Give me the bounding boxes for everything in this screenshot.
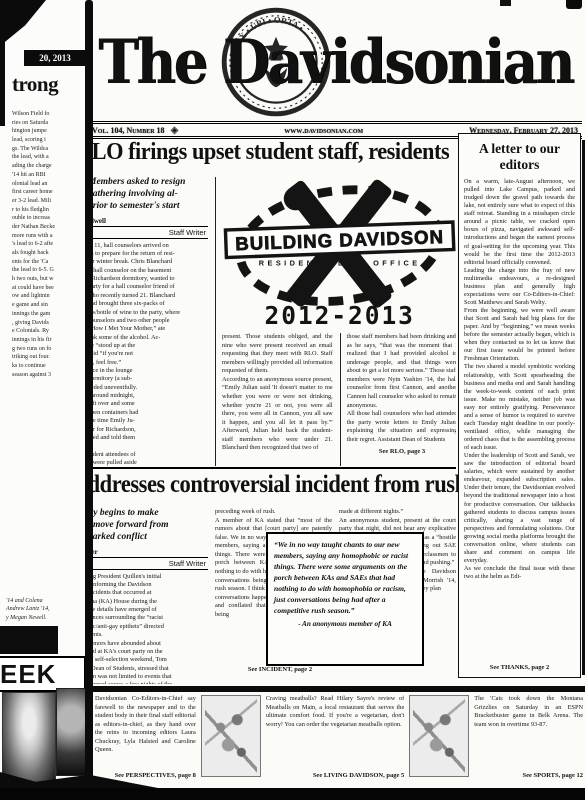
newspaper-front-page: • LUX • UBI • ORTA • The Davidsonian Vol… (0, 0, 585, 800)
brief-perspectives-jump: See PERSPECTIVES, page 8 (95, 772, 196, 779)
editors-photo (2, 692, 56, 786)
logo-years-text: 2012-2013 (264, 301, 414, 330)
pull-quote-text: “We in no way taught chants to our new m… (274, 539, 416, 616)
story1-byline: ldwell Staff Writer (88, 217, 208, 239)
strip-week-box: EEK (0, 656, 86, 692)
story2-headline: KA addresses controversial incident from… (88, 471, 416, 499)
building-davidson-logo: BUILDING DAVIDSON RESIDENCE LIFE OFFICE … (222, 177, 456, 330)
newspaper-title: The Davidsonian (88, 26, 583, 98)
strip-black-box (0, 626, 58, 654)
logo-subtitle-text: RESIDENCE LIFE OFFICE (259, 258, 421, 267)
story2-byline: ger Staff Writer (88, 548, 208, 570)
letter-jump-line: See THANKS, page 2 (464, 660, 575, 673)
story2-jump-line: See INCIDENT, page 2 (190, 666, 370, 673)
section-divider-band (88, 686, 585, 692)
strip-date-fragment: 20, 2013 (24, 50, 86, 66)
story1-col3-text: those staff members had been drinking an… (347, 333, 456, 444)
brief-perspectives-text: Davidsonian Co-Editors-in-Chief say fare… (95, 695, 196, 755)
pull-quote-attribution: - An anonymous member of KA (274, 620, 416, 628)
pull-quote-box: “We in no way taught chants to our new m… (266, 532, 424, 666)
story1-byline-name: ldwell (88, 217, 208, 227)
meatballs-photo (201, 695, 261, 777)
story2-headline-wrap: KA addresses controversial incident from… (88, 471, 458, 508)
brief-perspectives: Davidsonian Co-Editors-in-Chief say fare… (95, 695, 196, 779)
scan-edge-bar (0, 0, 5, 126)
scan-fold-line (85, 0, 93, 800)
brief-living-davidson: Craving meatballs? Read Hilary Sayre's r… (266, 695, 404, 779)
strip-headline-fragment: trong (12, 72, 58, 97)
bottom-scan-bar (0, 788, 585, 800)
brief-living-davidson-text: Craving meatballs? Read Hilary Sayre's r… (266, 695, 404, 729)
story1-right-block: BUILDING DAVIDSON RESIDENCE LIFE OFFICE … (215, 177, 456, 466)
story1-byline-title: Staff Writer (88, 227, 208, 239)
story1-headline-wrap: RLO firings upset student staff, residen… (88, 139, 458, 174)
story-divider-rule (88, 467, 456, 469)
website-url: www.davidsonian.com (284, 126, 363, 135)
story2-byline-title: Staff Writer (88, 558, 208, 570)
story1-headline: RLO firings upset student staff, residen… (88, 139, 431, 166)
letter-title: A letter to our editors (477, 141, 563, 172)
story2-byline-name: ger (88, 548, 208, 558)
scan-ink-blob (0, 0, 46, 46)
brief-living-davidson-jump: See LIVING DAVIDSON, page 5 (266, 772, 404, 779)
top-artifact (500, 0, 511, 6)
story2-deck: ity begins to make l move forward from p… (88, 508, 208, 544)
letter-to-editors-box: A letter to our editors On a warm, late-… (458, 133, 581, 678)
brief-sports-text: The 'Cats took down the Montana Grizzlie… (474, 695, 583, 729)
diamond-ornament: ◈ (171, 125, 179, 136)
corner-artifact (566, 0, 582, 9)
strip-column-fragment: Wilson Field fo ries on Saturda hington … (12, 110, 85, 379)
letter-body-text: On a warm, late-August afternoon, we pul… (464, 178, 575, 660)
story2-body: ity begins to make l move forward from p… (88, 508, 456, 684)
story1-body: Members asked to resign gathering involv… (88, 177, 456, 466)
editor-photo-2 (56, 688, 86, 776)
scan-edge-strip: 20, 2013 trong Wilson Field fo ries on S… (0, 0, 86, 800)
strip-credits-fragment: '14 and Colena Andrew Lantz '14, y Megan… (6, 597, 85, 622)
story1-deck: Members asked to resign gathering involv… (88, 177, 208, 213)
story2-column-1: ity begins to make l move forward from p… (88, 508, 208, 684)
brief-sports: The 'Cats took down the Montana Grizzlie… (474, 695, 583, 779)
story1-column-1: Members asked to resign gathering involv… (88, 177, 208, 466)
basketball-photo (409, 695, 469, 777)
brief-sports-jump: See SPORTS, page 12 (474, 772, 583, 779)
story1-col2-text: present. Those students obliged, and the… (222, 333, 333, 466)
story1-column-3: those staff members had been drinking an… (340, 333, 456, 466)
bottom-briefs-row: Davidsonian Co-Editors-in-Chief say fare… (95, 695, 583, 779)
strip-week-fragment: EEK (0, 659, 56, 690)
story1-col1-text: b. 11, hall counselors arrived on us to … (88, 242, 208, 466)
volume-number: Vol. 104, Number 18◈ (92, 125, 178, 136)
story1-jump-line: See RLO, page 3 (347, 448, 456, 455)
masthead: • LUX • UBI • ORTA • The Davidsonian (88, 4, 583, 118)
